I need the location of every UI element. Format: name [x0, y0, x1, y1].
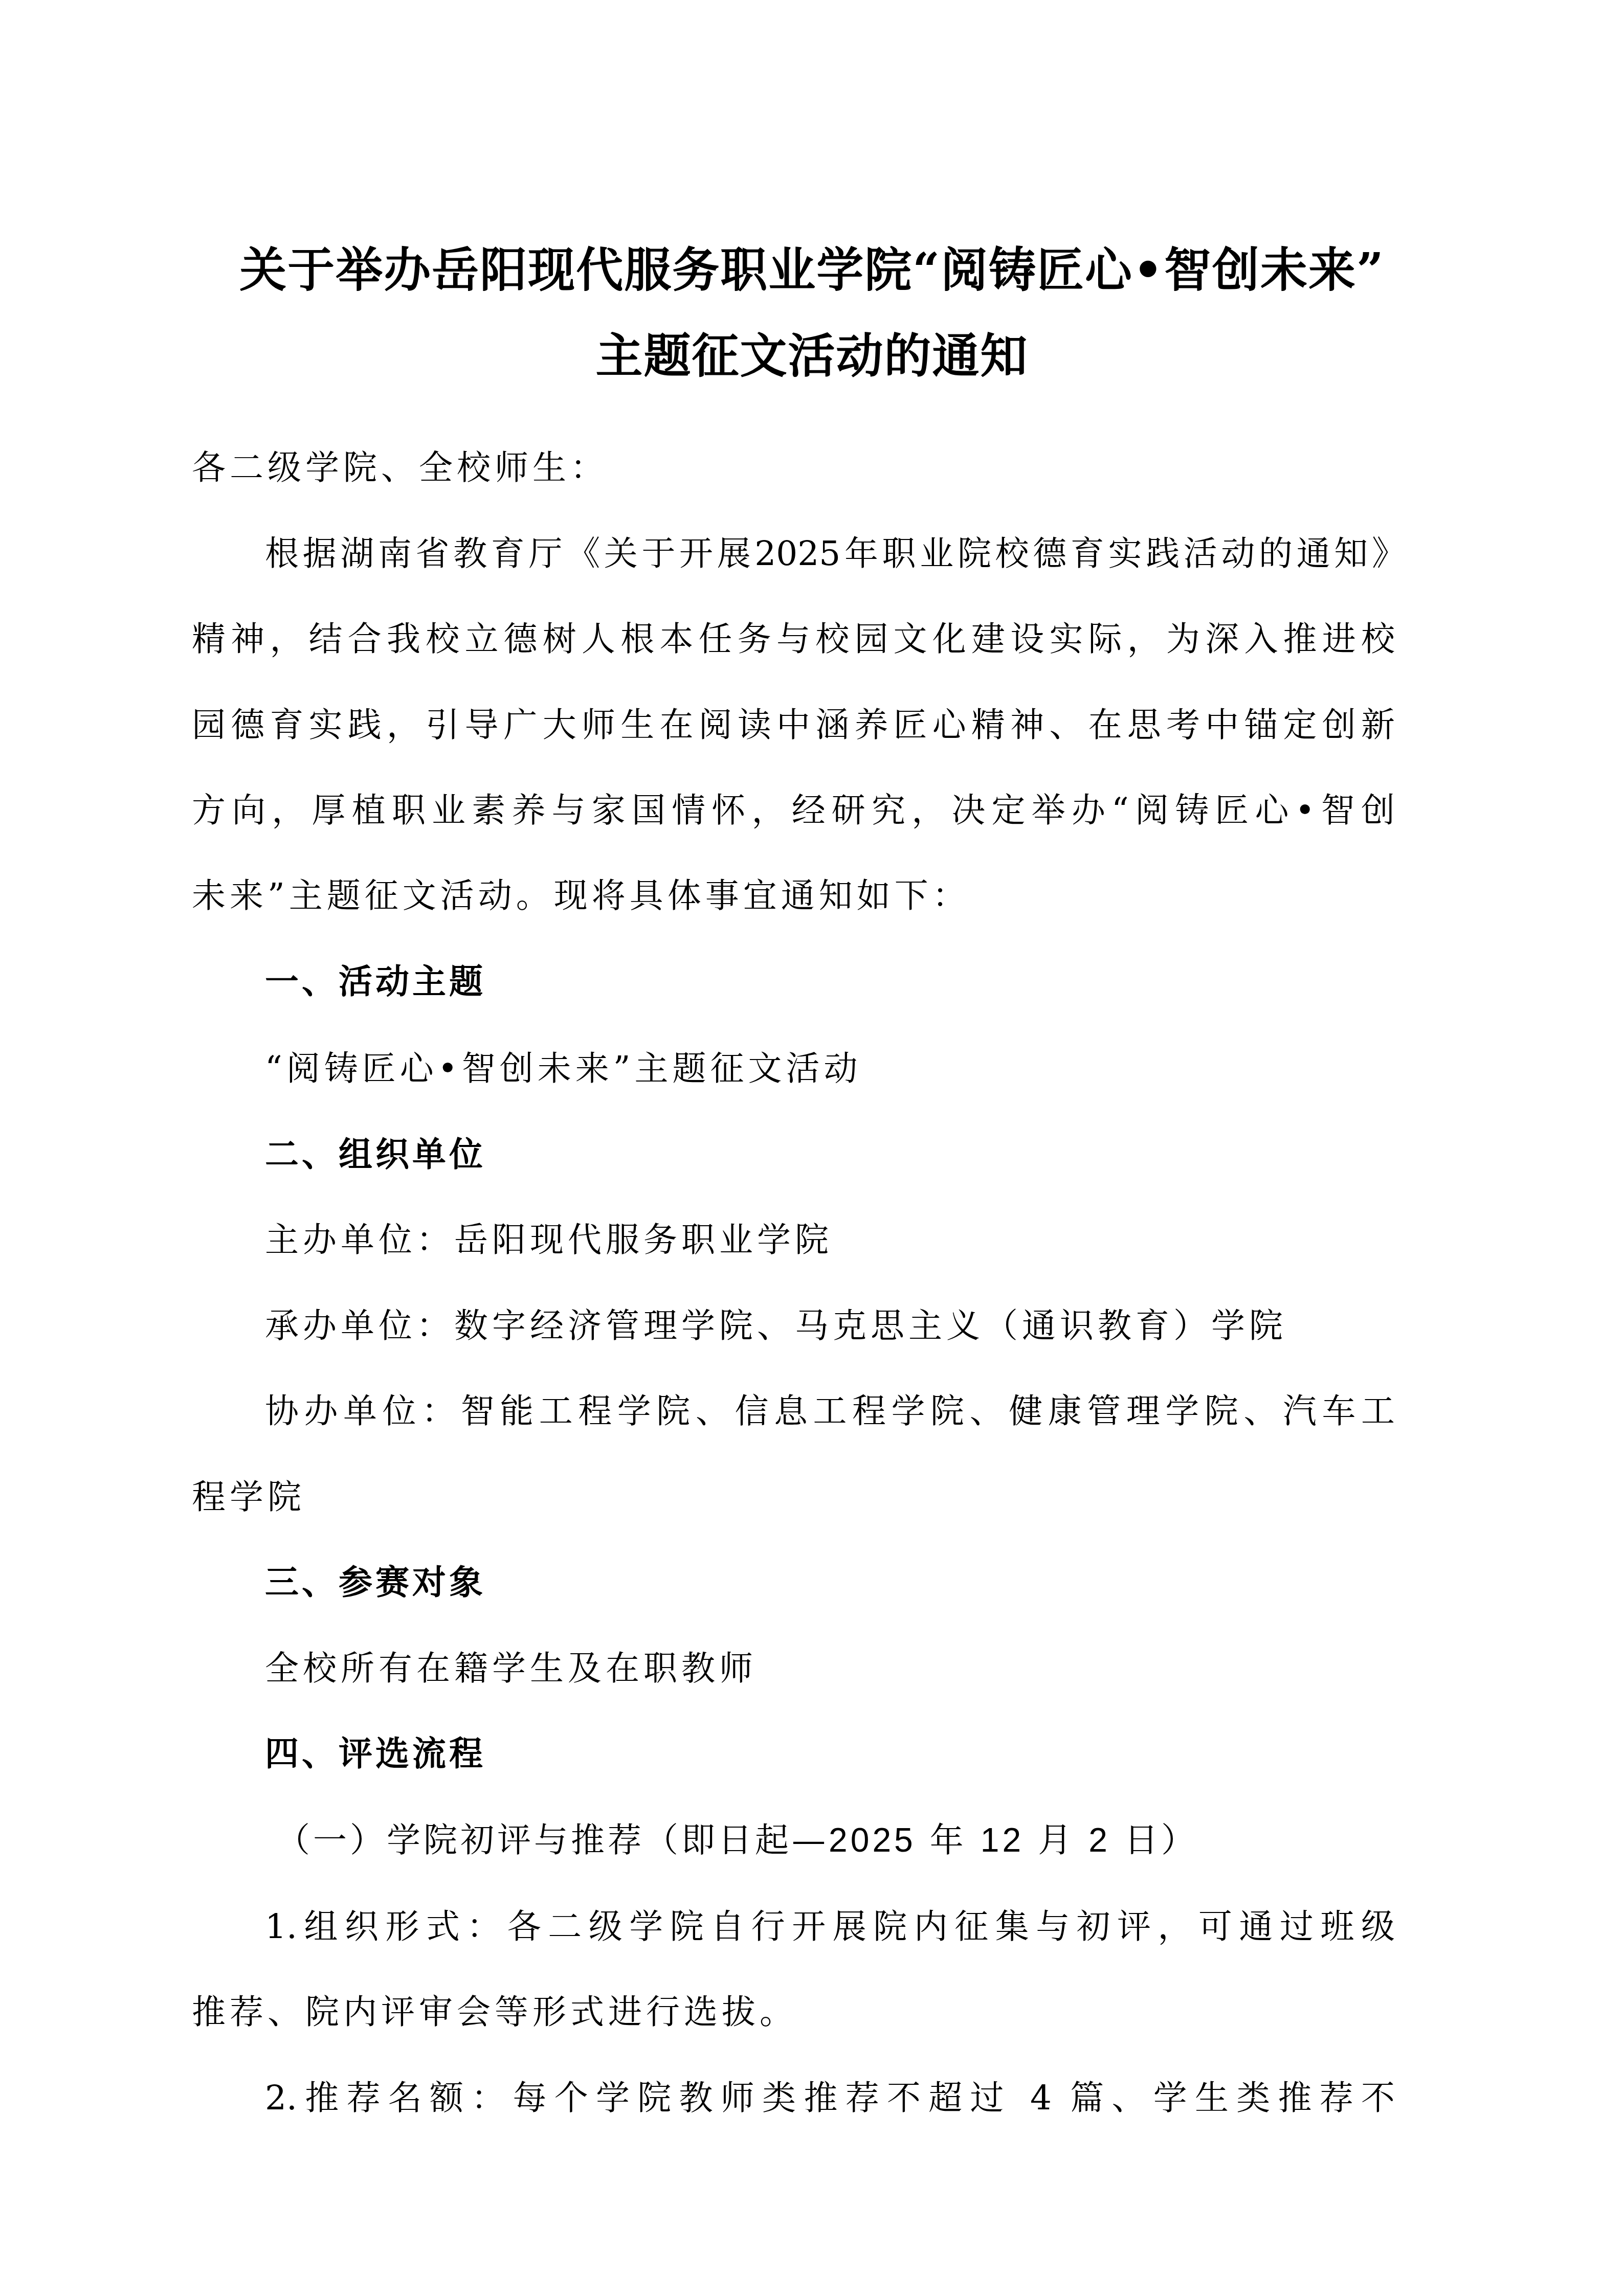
item-organization-form-line-1: 1.组织形式：各二级学院自行开展院内征集与初评，可通过班级: [265, 1901, 1395, 1952]
section-heading-participants: 三、参赛对象: [265, 1557, 1395, 1608]
section-heading-activity-theme: 一、活动主题: [265, 956, 1395, 1007]
item-organization-form-line-2: 推荐、院内评审会等形式进行选拔。: [192, 1987, 1395, 2038]
document-title-line-1: 关于举办岳阳现代服务职业学院“阅铸匠心•智创未来”: [0, 239, 1624, 301]
intro-paragraph-line-5: 未来”主题征文活动。现将具体事宜通知如下：: [192, 870, 1395, 921]
organizer-host: 主办单位：岳阳现代服务职业学院: [265, 1214, 1395, 1266]
subsection-heading-year: 2025: [829, 1821, 916, 1859]
intro-paragraph-line-3: 园德育实践，引导广大师生在阅读中涵养匠心精神、在思考中锚定创新: [192, 700, 1395, 751]
organizer-co-organizer-line-1: 协办单位：智能工程学院、信息工程学院、健康管理学院、汽车工: [265, 1386, 1395, 1437]
section-heading-selection-process: 四、评选流程: [265, 1728, 1395, 1780]
document-page: 关于举办岳阳现代服务职业学院“阅铸匠心•智创未来” 主题征文活动的通知 各二级学…: [0, 0, 1624, 2296]
activity-theme-text: “阅铸匠心•智创未来”主题征文活动: [265, 1043, 1395, 1094]
subsection-heading-year-unit: 年: [916, 1820, 981, 1860]
item-recommendation-quota-line-1: 2.推荐名额：每个学院教师类推荐不超过 4 篇、学生类推荐不: [265, 2073, 1395, 2124]
organizer-co-organizer-line-2: 程学院: [192, 1472, 1395, 1523]
document-title-line-2: 主题征文活动的通知: [0, 325, 1624, 387]
organizer-undertaker: 承办单位：数字经济管理学院、马克思主义（通识教育）学院: [265, 1300, 1395, 1352]
subsection-heading-month: 12: [981, 1821, 1024, 1859]
subsection-heading-college-review: （一）学院初评与推荐（即日起—2025 年 12 月 2 日）: [276, 1814, 1248, 1866]
salutation: 各二级学院、全校师生：: [192, 442, 1395, 493]
subsection-heading-prefix: （一）学院初评与推荐（即日起—: [276, 1820, 829, 1860]
subsection-heading-month-unit: 月: [1024, 1820, 1088, 1860]
section-heading-organizers: 二、组织单位: [265, 1129, 1395, 1180]
intro-paragraph-line-4: 方向，厚植职业素养与家国情怀，经研究，决定举办“阅铸匠心•智创: [192, 785, 1395, 836]
participants-text: 全校所有在籍学生及在职教师: [265, 1643, 1395, 1694]
subsection-heading-day: 2: [1088, 1821, 1110, 1859]
intro-paragraph-line-1: 根据湖南省教育厅《关于开展2025年职业院校德育实践活动的通知》: [265, 528, 1406, 579]
subsection-heading-day-unit: 日）: [1110, 1820, 1198, 1860]
intro-paragraph-line-2: 精神，结合我校立德树人根本任务与校园文化建设实际，为深入推进校: [192, 614, 1395, 665]
